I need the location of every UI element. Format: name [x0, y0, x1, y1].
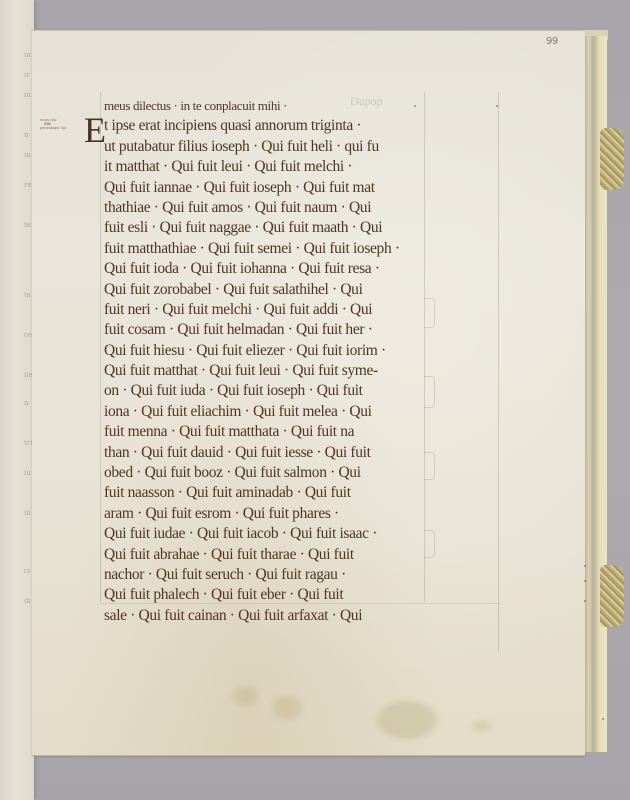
facing-page-bleed-text: lu — [24, 292, 32, 299]
stain — [472, 721, 492, 731]
pricking-mark — [496, 105, 498, 107]
facing-page-bleed-text: ce — [24, 332, 32, 339]
facing-page-bleed-text: in — [24, 152, 32, 159]
facing-page-bleed-text: tri — [24, 440, 32, 447]
facing-page-bleed-text: te — [24, 222, 32, 229]
facing-page-bleed-text: n — [24, 132, 32, 139]
text-line: Qui fuit iannae · Qui fuit ioseph · Qui … — [104, 178, 434, 198]
text-line: ut putabatur filius ioseph · Qui fuit he… — [104, 137, 434, 157]
text-line: on · Qui fuit iuda · Qui fuit ioseph · Q… — [104, 381, 434, 401]
text-line: fuit esli · Qui fuit naggae · Qui fuit m… — [104, 218, 434, 238]
text-line: it matthat · Qui fuit leui · Qui fuit me… — [104, 157, 434, 177]
bookmark-ribbon-top — [600, 128, 624, 190]
stain — [377, 701, 437, 739]
facing-page-bleed-text: lle — [24, 372, 32, 379]
facing-page-bleed-text: re — [24, 182, 32, 189]
text-line: Qui fuit iudae · Qui fuit iacob · Qui fu… — [104, 524, 434, 544]
ruling-line-outer-right — [498, 92, 499, 652]
pricking-mark — [584, 580, 586, 582]
text-line: fuit cosam · Qui fuit helmadan · Qui fui… — [104, 320, 434, 340]
facing-page-bleed-text: lu — [24, 470, 32, 477]
margin-annotation: lucas cap XXI genealogia Xpi — [40, 118, 68, 130]
text-line: nachor · Qui fuit seruch · Qui fuit raga… — [104, 565, 434, 585]
margin-annotation-line: genealogia Xpi — [40, 126, 68, 130]
text-line: Qui fuit ioda · Qui fuit iohanna · Qui f… — [104, 259, 434, 279]
text-line: sale · Qui fuit cainan · Qui fuit arfaxa… — [104, 606, 434, 626]
facing-page-bleed-text: ic — [24, 72, 32, 79]
text-line: fuit menna · Qui fuit matthata · Qui fui… — [104, 422, 434, 442]
facing-page-bleed-text: ni — [24, 92, 32, 99]
text-line: Qui fuit abrahae · Qui fuit tharae · Qui… — [104, 545, 434, 565]
text-line: aram · Qui fuit esrom · Qui fuit phares … — [104, 504, 434, 524]
pricking-mark — [602, 718, 604, 720]
facing-page-bleed-text: in — [24, 52, 32, 59]
text-line: Qui fuit phalech · Qui fuit eber · Qui f… — [104, 585, 434, 605]
text-line: meus dilectus · in te conplacuit mihi · — [104, 96, 434, 116]
facing-page-bleed-text: ci — [24, 568, 32, 575]
text-line: Qui fuit matthat · Qui fuit leui · Qui f… — [104, 361, 434, 381]
text-line: than · Qui fuit dauid · Qui fuit iesse ·… — [104, 443, 434, 463]
text-column: meus dilectus · in te conplacuit mihi · … — [104, 96, 434, 626]
facing-page-bleed-text: di — [24, 598, 32, 605]
initial-capital: E — [84, 112, 106, 148]
stain — [272, 696, 302, 720]
facing-page-bleed-text: ui — [24, 510, 32, 517]
text-line: fuit matthathiae · Qui fuit semei · Qui … — [104, 239, 434, 259]
text-line: fuit neri · Qui fuit melchi · Qui fuit a… — [104, 300, 434, 320]
text-line: iona · Qui fuit eliachim · Qui fuit mele… — [104, 402, 434, 422]
pricking-mark — [584, 565, 586, 567]
text-line: obed · Qui fuit booz · Qui fuit salmon ·… — [104, 463, 434, 483]
text-line: t ipse erat incipiens quasi annorum trig… — [104, 116, 434, 136]
facing-page-left: in ic ni n in re te lu ce lle n tri lu u… — [0, 0, 34, 800]
stain — [232, 686, 258, 706]
text-line: fuit naasson · Qui fuit aminadab · Qui f… — [104, 483, 434, 503]
ruling-line-left — [100, 92, 101, 602]
pricking-mark — [584, 600, 586, 602]
text-line: thathiae · Qui fuit amos · Qui fuit naum… — [104, 198, 434, 218]
text-line: Qui fuit zorobabel · Qui fuit salathihel… — [104, 280, 434, 300]
folio-number: 99 — [546, 36, 558, 47]
text-line: Qui fuit hiesu · Qui fuit eliezer · Qui … — [104, 341, 434, 361]
facing-page-bleed-text: n — [24, 400, 32, 407]
bookmark-ribbon-bottom — [600, 565, 624, 627]
